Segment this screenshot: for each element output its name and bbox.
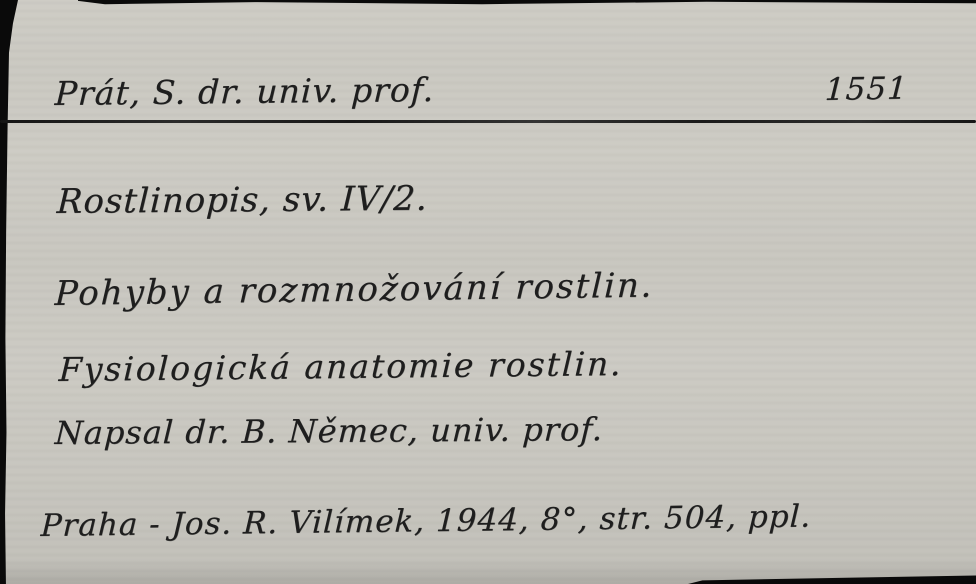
header-rule <box>0 120 976 123</box>
catalog-card: Prát, S. dr. univ. prof. 1551 Rostlinopi… <box>0 0 976 584</box>
scan-edge-top <box>78 0 976 6</box>
author-heading: Prát, S. dr. univ. prof. <box>54 70 435 113</box>
series-title-line: Rostlinopis, sv. IV/2. <box>56 179 429 222</box>
catalog-number: 1551 <box>824 71 909 108</box>
imprint-line: Praha - Jos. R. Vilímek, 1944, 8°, str. … <box>40 499 812 544</box>
bottom-shading <box>0 558 976 584</box>
scan-edge-left <box>0 0 18 584</box>
work-title-line-2: Fysiologická anatomie rostlin. <box>58 344 624 389</box>
author-statement-line: Napsal dr. B. Němec, univ. prof. <box>54 410 604 452</box>
work-title-line-1: Pohyby a rozmnožování rostlin. <box>54 266 654 314</box>
